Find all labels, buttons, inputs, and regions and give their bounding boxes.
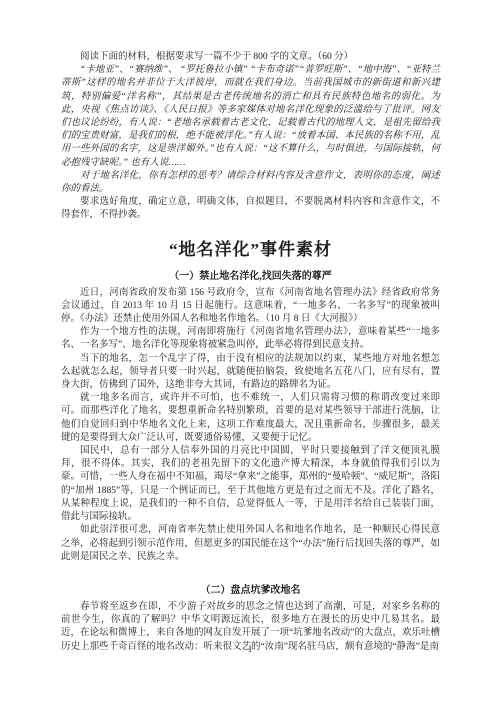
page-title: “地名洋化”事件素材 — [61, 239, 440, 261]
section-2-heading: （二）盘点坑爹改地名 — [61, 584, 440, 597]
section-1-paragraph: 就一地多名而言，或许并不可怕，也不难统一，人们只需将习惯的称谓改变过来即可。而那… — [61, 392, 440, 445]
section-1-heading: （一）禁止地名洋化,找回失落的尊严 — [61, 270, 440, 283]
page-number: 1 — [0, 644, 500, 654]
section-1-paragraph: 作为一个地方性的法规，河南即将施行《河南省地名管理办法》，意味着某些“一地多名、… — [61, 326, 440, 352]
section-1-paragraph: 国民中，总有一部分人信奉外国的月亮比中国圆，平时只要接触到了洋文便顶礼膜拜，很不… — [61, 445, 440, 524]
prompt-material: “卡地亚”、“赛纳维”、 “罗托鲁拉小镇” “卡布奇诺”“普罗旺斯”、“地中海”… — [61, 64, 440, 170]
section-1-paragraph: 当下的地名，怎一个乱字了得，由于没有相应的法规加以约束，某些地方对地名想怎么起就… — [61, 353, 440, 393]
section-1-paragraph: 近日，河南省政府发布第 156 号政府令，宣布《河南省地名管理办法》经省政府常务… — [61, 287, 440, 327]
prompt-requirements: 要求选好角度，确定立意，明确文体，自拟题目，不要脱离材料内容和含意作文，不得套作… — [61, 196, 440, 222]
document-page: 阅读下面的材料，根据要求写一篇不少于 800 字的文章。（60 分） “卡地亚”… — [0, 0, 500, 708]
section-1-paragraph: 如此崇洋很可悲，河南省率先禁止使用外国人名和地名作地名，是一种顺民心得民意之举，… — [61, 524, 440, 564]
prompt-task: 对于地名洋化，你有怎样的思考？请综合材料内容及含意作文，表明你的态度，阐述你的看… — [61, 170, 440, 196]
prompt-intro: 阅读下面的材料，根据要求写一篇不少于 800 字的文章。（60 分） — [61, 51, 440, 64]
